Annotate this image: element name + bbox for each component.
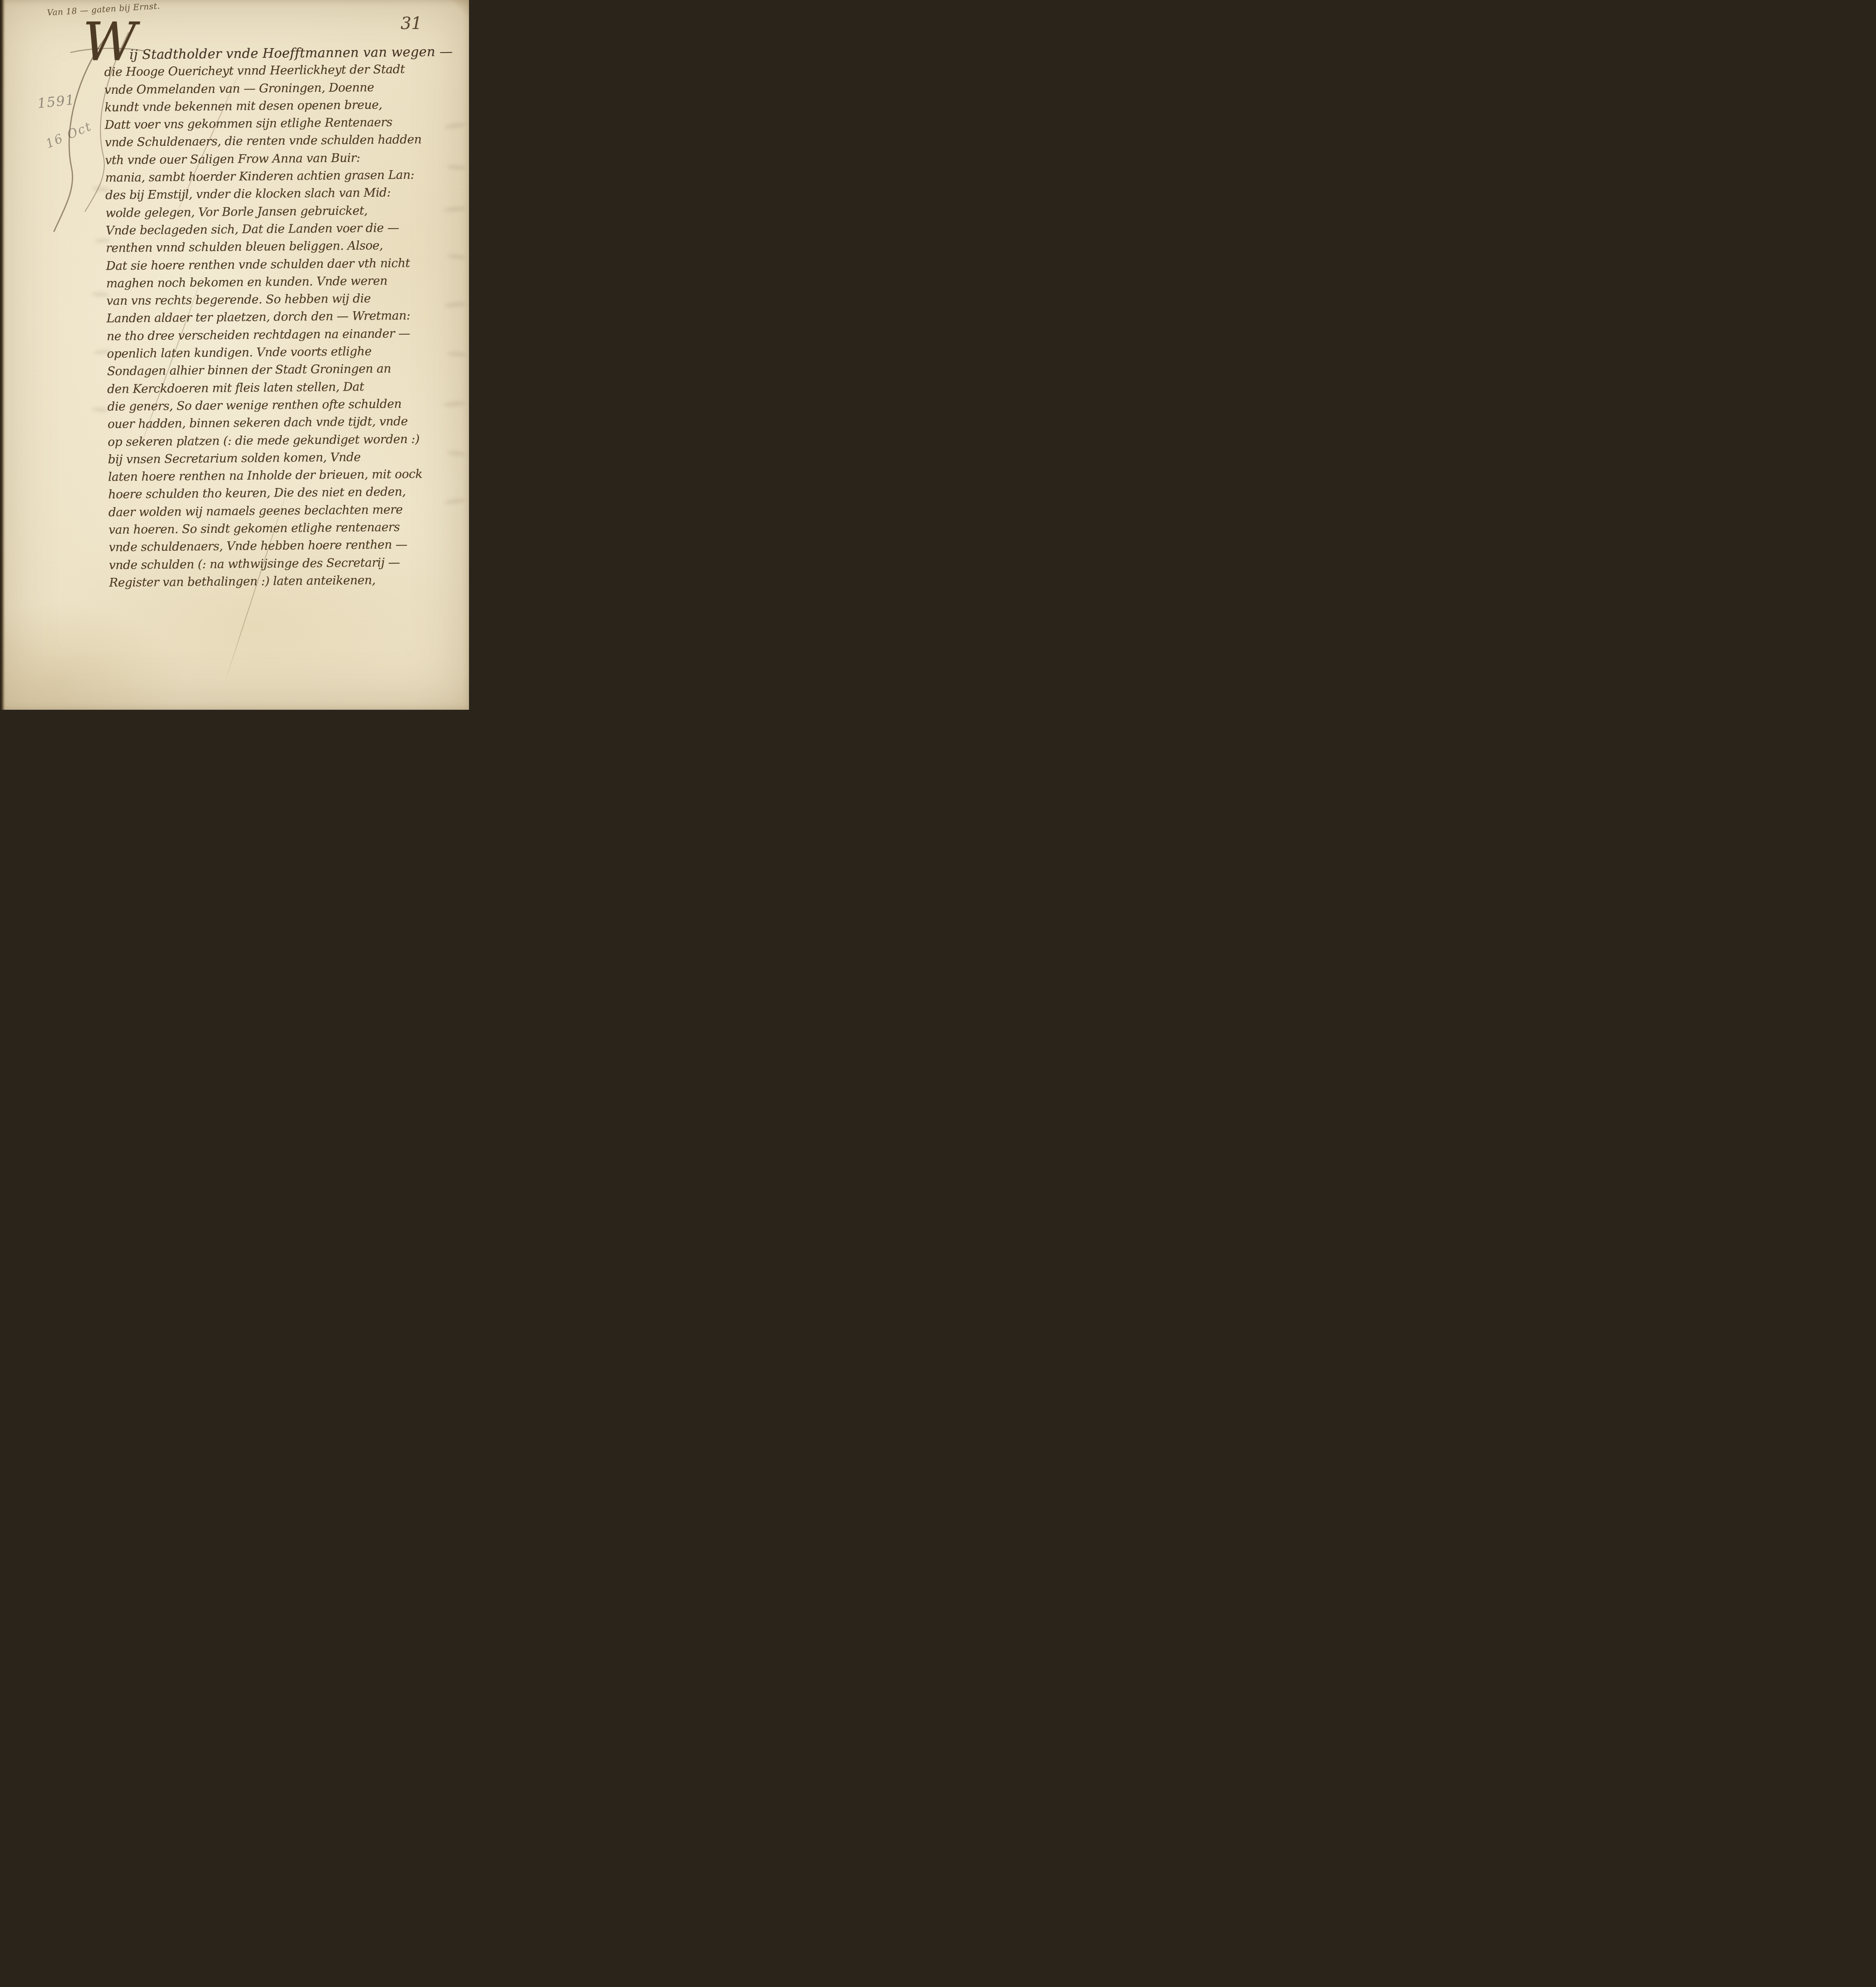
manuscript-text-block: ij Stadtholder vnde Hoefftmannen van weg…	[104, 43, 449, 592]
bleedthrough-mark	[444, 206, 466, 213]
manuscript-line: Dat sie hoere renthen vnde schulden daer…	[106, 254, 446, 275]
manuscript-line: Landen aldaer ter plaetzen, dorch den — …	[107, 307, 447, 328]
margin-note-date: 16 Oct	[44, 119, 94, 151]
manuscript-line: ouer hadden, binnen sekeren dach vnde ti…	[107, 413, 448, 434]
manuscript-line: vnde schulden (: na wthwijsinge des Secr…	[109, 553, 449, 574]
margin-note-year: 1591	[37, 92, 76, 112]
manuscript-line: hoere schulden tho keuren, Die des niet …	[108, 483, 448, 504]
bleedthrough-mark	[447, 450, 466, 457]
manuscript-line: ne tho dree verscheiden rechtdagen na ei…	[107, 325, 447, 346]
manuscript-line: mania, sambt hoerder Kinderen achtien gr…	[105, 166, 445, 187]
manuscript-line: Register van bethalingen :) laten anteik…	[109, 571, 449, 592]
bleedthrough-mark	[447, 253, 466, 260]
folio-number: 31	[401, 14, 422, 33]
bleedthrough-mark	[447, 164, 466, 170]
bleedthrough-mark	[444, 301, 466, 308]
manuscript-line: vnde schuldenaers, Vnde hebben hoere ren…	[109, 536, 449, 557]
manuscript-line: die Hooge Ouericheyt vnnd Heerlickheyt d…	[104, 60, 444, 81]
bleedthrough-mark	[447, 351, 467, 357]
manuscript-line: Vnde beclageden sich, Dat die Landen voe…	[106, 219, 446, 240]
manuscript-line: vnde Schuldenaers, die renten vnde schul…	[105, 131, 445, 152]
bleedthrough-mark	[91, 407, 110, 413]
manuscript-scan: Van 18 — gaten bij Ernst. 31 1591 16 Oct…	[0, 0, 469, 710]
manuscript-line: op sekeren platzen (: die mede gekundige…	[108, 430, 448, 451]
corner-fold	[451, 0, 469, 18]
binding-edge	[0, 0, 6, 710]
bleedthrough-mark	[444, 122, 465, 130]
